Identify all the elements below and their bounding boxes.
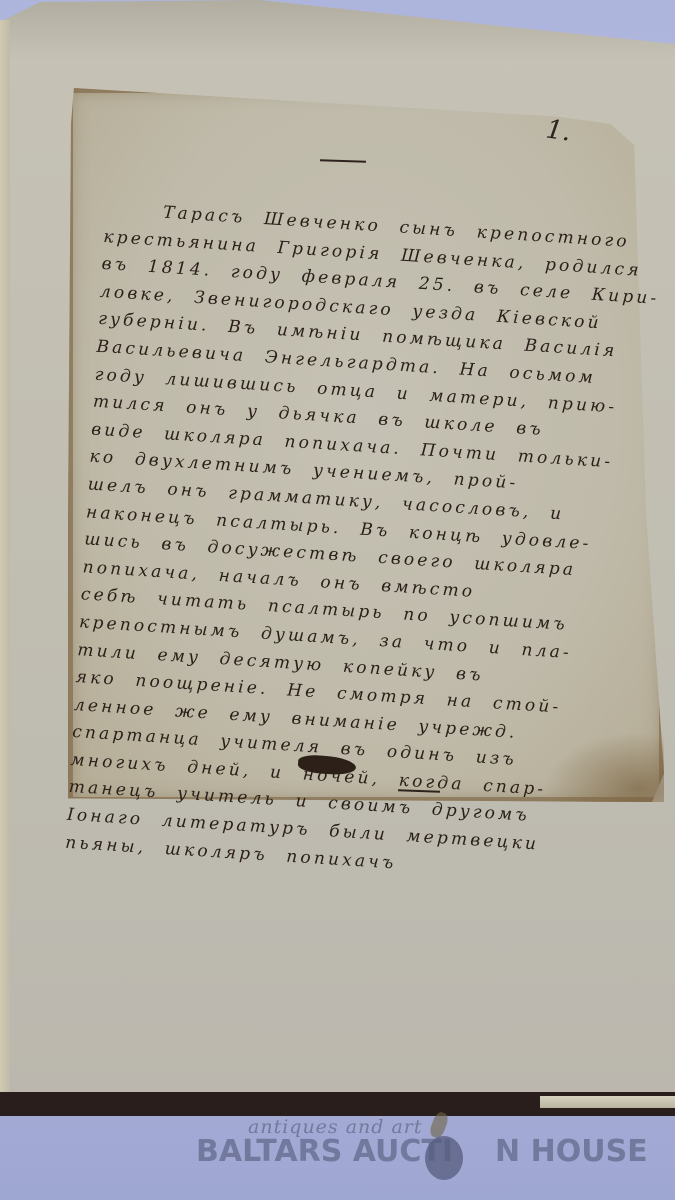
page-stack-edge: [540, 1096, 675, 1108]
watermark-name-suffix: N HOUSE: [495, 1134, 648, 1169]
page-number: 1.: [544, 114, 573, 147]
watermark-name-prefix: BALTARS AUCTI: [196, 1134, 453, 1169]
album-page-fold: [0, 20, 10, 1100]
manuscript-text: Тарасъ Шевченко сынъ крепостного крестья…: [64, 196, 645, 891]
manuscript-facsimile: 1. Тарасъ Шевченко сынъ крепостного крес…: [68, 88, 664, 802]
watermark-bell-icon: [425, 1136, 463, 1180]
watermark-name: BALTARS AUCTIN HOUSE: [196, 1134, 648, 1169]
auction-watermark: antiques and art BALTARS AUCTIN HOUSE: [0, 1114, 675, 1184]
